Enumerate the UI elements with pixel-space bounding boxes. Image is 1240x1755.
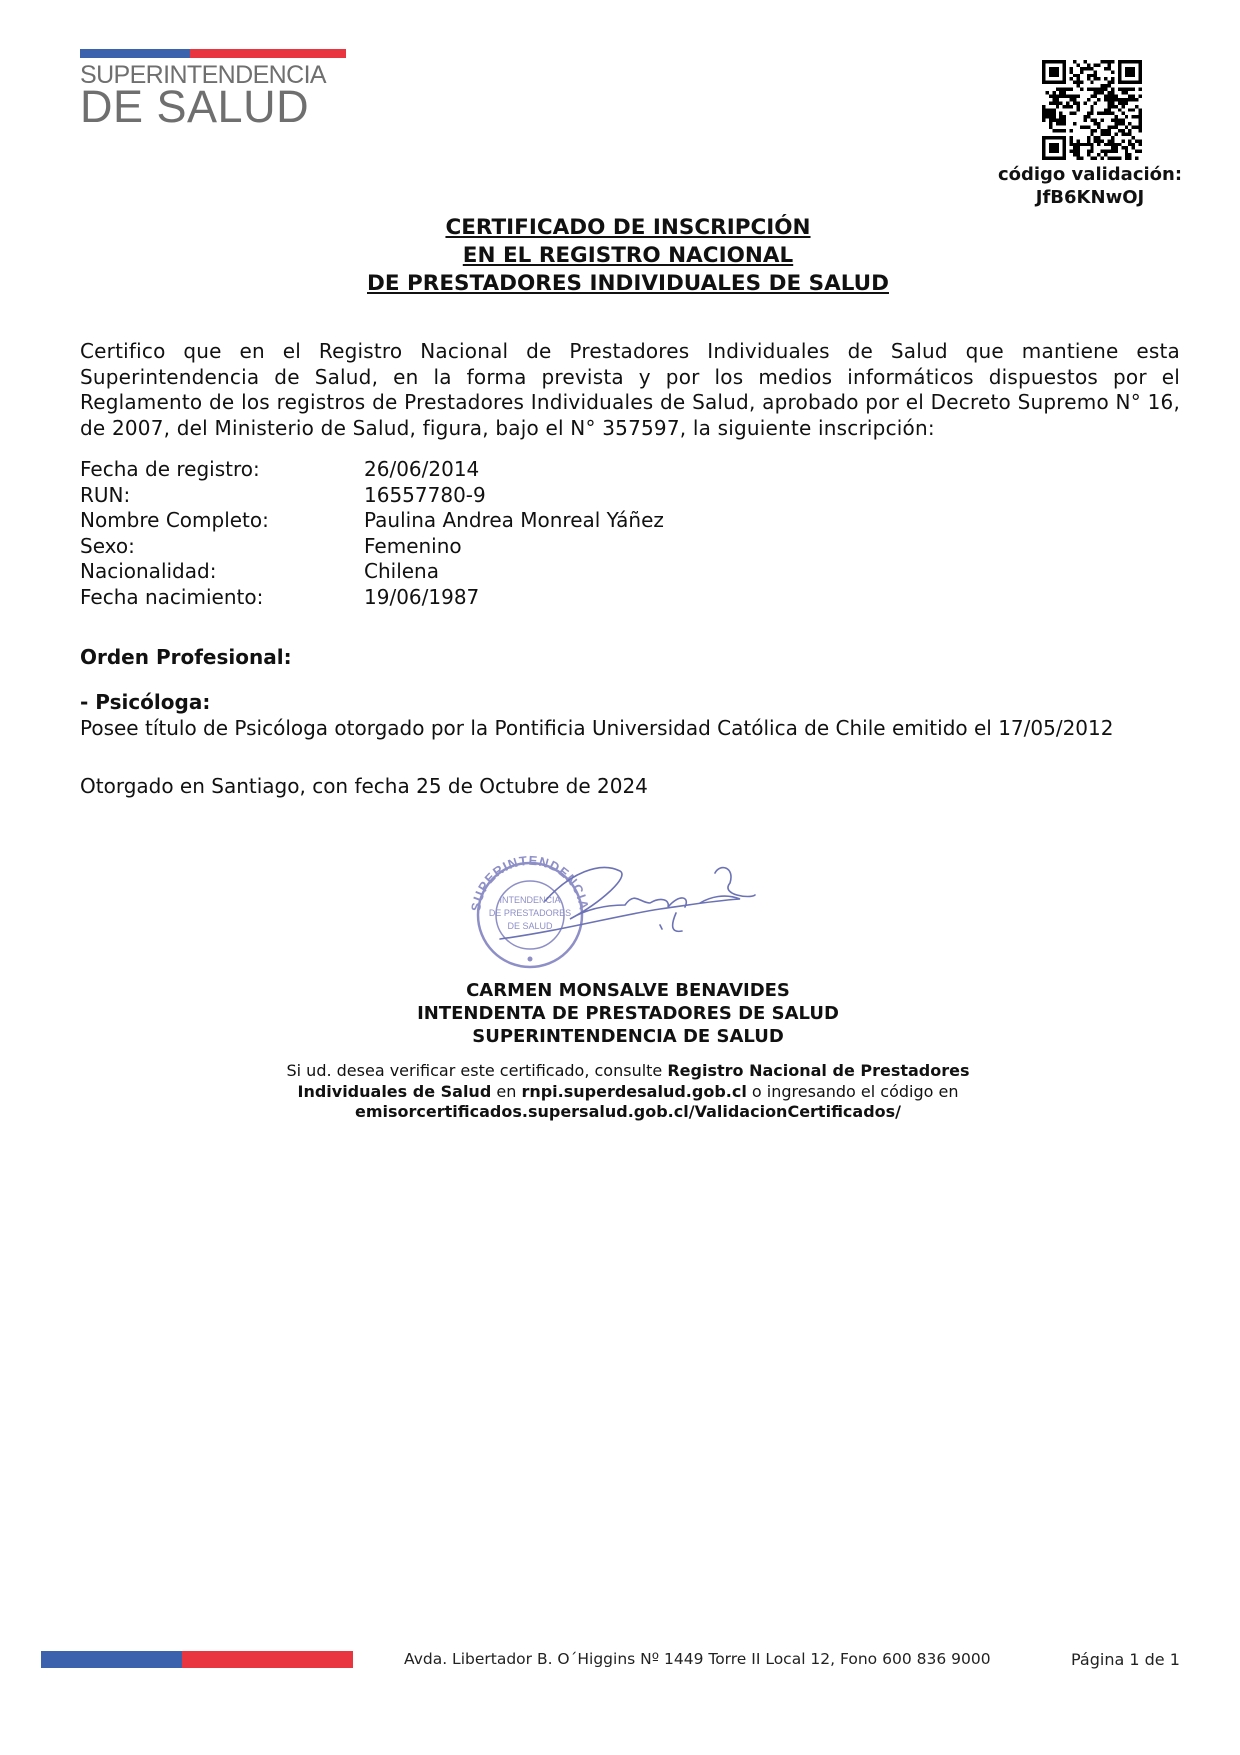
footer-color-bar — [41, 1651, 353, 1668]
qr-code-icon — [1042, 60, 1142, 160]
logo-color-bar — [80, 49, 346, 58]
validation-block: código validación: JfB6KNwOJ — [980, 163, 1200, 209]
title-line-1: CERTIFICADO DE INSCRIPCIÓN — [0, 214, 1240, 242]
superintendencia-logo: SUPERINTENDENCIA DE SALUD — [80, 49, 346, 126]
validation-label: código validación: — [980, 163, 1200, 186]
certification-paragraph: Certifico que en el Registro Nacional de… — [80, 339, 1180, 441]
signer-role: INTENDENTA DE PRESTADORES DE SALUD — [0, 1002, 1240, 1025]
profession-title: - Psicóloga: — [80, 690, 210, 714]
certificate-title: CERTIFICADO DE INSCRIPCIÓN EN EL REGISTR… — [0, 214, 1240, 298]
validation-url-link[interactable]: emisorcertificados.supersalud.gob.cl/Val… — [355, 1102, 901, 1121]
profession-description: Posee título de Psicóloga otorgado por l… — [80, 716, 1113, 740]
field-label: RUN: — [80, 483, 364, 509]
field-value: 19/06/1987 — [364, 585, 479, 611]
field-value: Chilena — [364, 559, 439, 585]
signer-name: CARMEN MONSALVE BENAVIDES — [0, 979, 1240, 1002]
field-value: 26/06/2014 — [364, 457, 479, 483]
field-row: RUN: 16557780-9 — [80, 483, 664, 509]
field-label: Fecha de registro: — [80, 457, 364, 483]
field-row: Fecha de registro: 26/06/2014 — [80, 457, 664, 483]
signer-institution: SUPERINTENDENCIA DE SALUD — [0, 1025, 1240, 1048]
logo-text-line2: DE SALUD — [80, 88, 346, 126]
title-line-2: EN EL REGISTRO NACIONAL — [0, 242, 1240, 270]
verification-note: Si ud. desea verificar este certificado,… — [240, 1061, 1016, 1123]
field-row: Sexo: Femenino — [80, 534, 664, 560]
signer-block: CARMEN MONSALVE BENAVIDES INTENDENTA DE … — [0, 979, 1240, 1048]
field-row: Nacionalidad: Chilena — [80, 559, 664, 585]
field-value: Femenino — [364, 534, 462, 560]
official-stamp-icon: SUPERINTENDENCIA DE SALUD INTENDENCIA DE… — [450, 853, 790, 973]
svg-text:SUPERINTENDENCIA DE SALUD: SUPERINTENDENCIA DE SALUD — [450, 853, 592, 915]
validation-code: JfB6KNwOJ — [980, 186, 1200, 209]
svg-text:DE SALUD: DE SALUD — [507, 921, 553, 931]
field-label: Nacionalidad: — [80, 559, 364, 585]
issued-statement: Otorgado en Santiago, con fecha 25 de Oc… — [80, 774, 648, 798]
field-row: Nombre Completo: Paulina Andrea Monreal … — [80, 508, 664, 534]
page-number: Página 1 de 1 — [1071, 1650, 1180, 1669]
field-label: Fecha nacimiento: — [80, 585, 364, 611]
registration-fields: Fecha de registro: 26/06/2014 RUN: 16557… — [80, 457, 664, 610]
svg-text:DE PRESTADORES: DE PRESTADORES — [489, 908, 571, 918]
field-label: Nombre Completo: — [80, 508, 364, 534]
field-value: Paulina Andrea Monreal Yáñez — [364, 508, 664, 534]
svg-text:INTENDENCIA: INTENDENCIA — [499, 895, 560, 905]
orden-profesional-heading: Orden Profesional: — [80, 645, 292, 669]
stamp-and-signature: SUPERINTENDENCIA DE SALUD INTENDENCIA DE… — [450, 853, 790, 973]
field-row: Fecha nacimiento: 19/06/1987 — [80, 585, 664, 611]
footer-address: Avda. Libertador B. O´Higgins Nº 1449 To… — [404, 1650, 991, 1668]
field-label: Sexo: — [80, 534, 364, 560]
rnpi-link[interactable]: rnpi.superdesalud.gob.cl — [521, 1082, 746, 1101]
field-value: 16557780-9 — [364, 483, 486, 509]
title-line-3: DE PRESTADORES INDIVIDUALES DE SALUD — [0, 270, 1240, 298]
